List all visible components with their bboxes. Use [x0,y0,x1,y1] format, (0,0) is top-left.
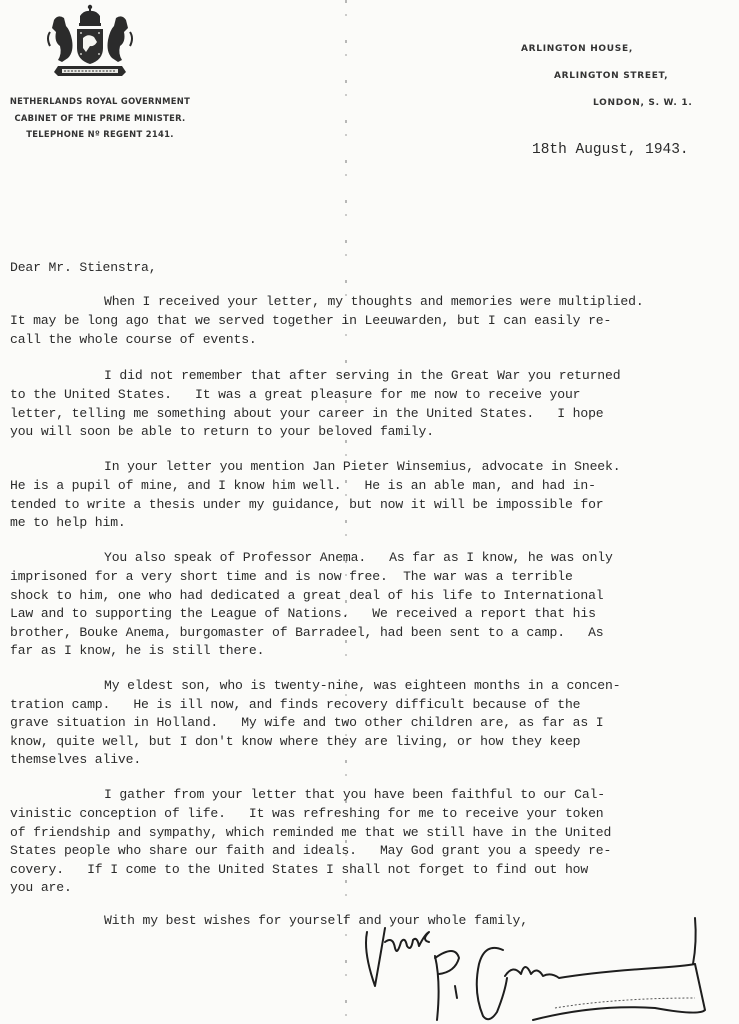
handwritten-signature-icon [355,912,735,1024]
paragraph-4-line: shock to him, one who had dedicated a gr… [10,588,603,603]
paragraph-2-line: to the United States. It was a great ple… [10,387,580,402]
letter-date: 18th August, 1943. [532,142,689,158]
paragraph-3-line: tended to write a thesis under my guidan… [10,497,603,512]
paragraph-6-line: States people who share our faith and id… [10,843,611,858]
paragraph-5-line: My eldest son, who is twenty-nine, was e… [104,678,620,693]
paragraph-2-line: you will soon be able to return to your … [10,424,434,439]
address-line: LONDON, S. W. 1. [593,98,692,108]
paragraph-3-line: He is a pupil of mine, and I know him we… [10,478,596,493]
paragraph-6-line: you are. [10,880,72,895]
salutation: Dear Mr. Stienstra, [10,260,156,275]
paragraph-1-line: When I received your letter, my thoughts… [104,294,644,309]
paragraph-2-line: I did not remember that after serving in… [104,368,620,383]
paragraph-1-line: call the whole course of events. [10,332,257,347]
address-line: ARLINGTON STREET, [554,71,668,81]
paragraph-4-line: far as I know, he is still there. [10,643,264,658]
paragraph-6-line: I gather from your letter that you have … [104,787,605,802]
letterhead-line: NETHERLANDS ROYAL GOVERNMENT [0,93,200,110]
paragraph-3-line: In your letter you mention Jan Pieter Wi… [104,459,620,474]
letterhead-sender: NETHERLANDS ROYAL GOVERNMENT CABINET OF … [0,93,200,143]
paragraph-5-line: know, quite well, but I don't know where… [10,734,580,749]
paragraph-4-line: You also speak of Professor Anema. As fa… [104,550,613,565]
letterhead-line: CABINET OF THE PRIME MINISTER. [0,110,200,127]
letterhead-line: TELEPHONE Nº REGENT 2141. [0,126,200,143]
coat-of-arms-icon [44,2,136,80]
paragraph-4-line: Law and to supporting the League of Nati… [10,606,596,621]
paragraph-1-line: It may be long ago that we served togeth… [10,313,611,328]
paragraph-2-line: letter, telling me something about your … [10,406,603,421]
paragraph-6-line: covery. If I come to the United States I… [10,862,588,877]
paragraph-5-line: themselves alive. [10,752,141,767]
address-line: ARLINGTON HOUSE, [521,44,633,54]
paragraph-5-line: grave situation in Holland. My wife and … [10,715,603,730]
paragraph-3-line: me to help him. [10,515,126,530]
paragraph-4-line: brother, Bouke Anema, burgomaster of Bar… [10,625,603,640]
letter-page: NETHERLANDS ROYAL GOVERNMENT CABINET OF … [0,0,739,1024]
paragraph-6-line: vinistic conception of life. It was refr… [10,806,603,821]
paragraph-6-line: of friendship and sympathy, which remind… [10,825,611,840]
paragraph-5-line: tration camp. He is ill now, and finds r… [10,697,580,712]
paragraph-4-line: imprisoned for a very short time and is … [10,569,573,584]
